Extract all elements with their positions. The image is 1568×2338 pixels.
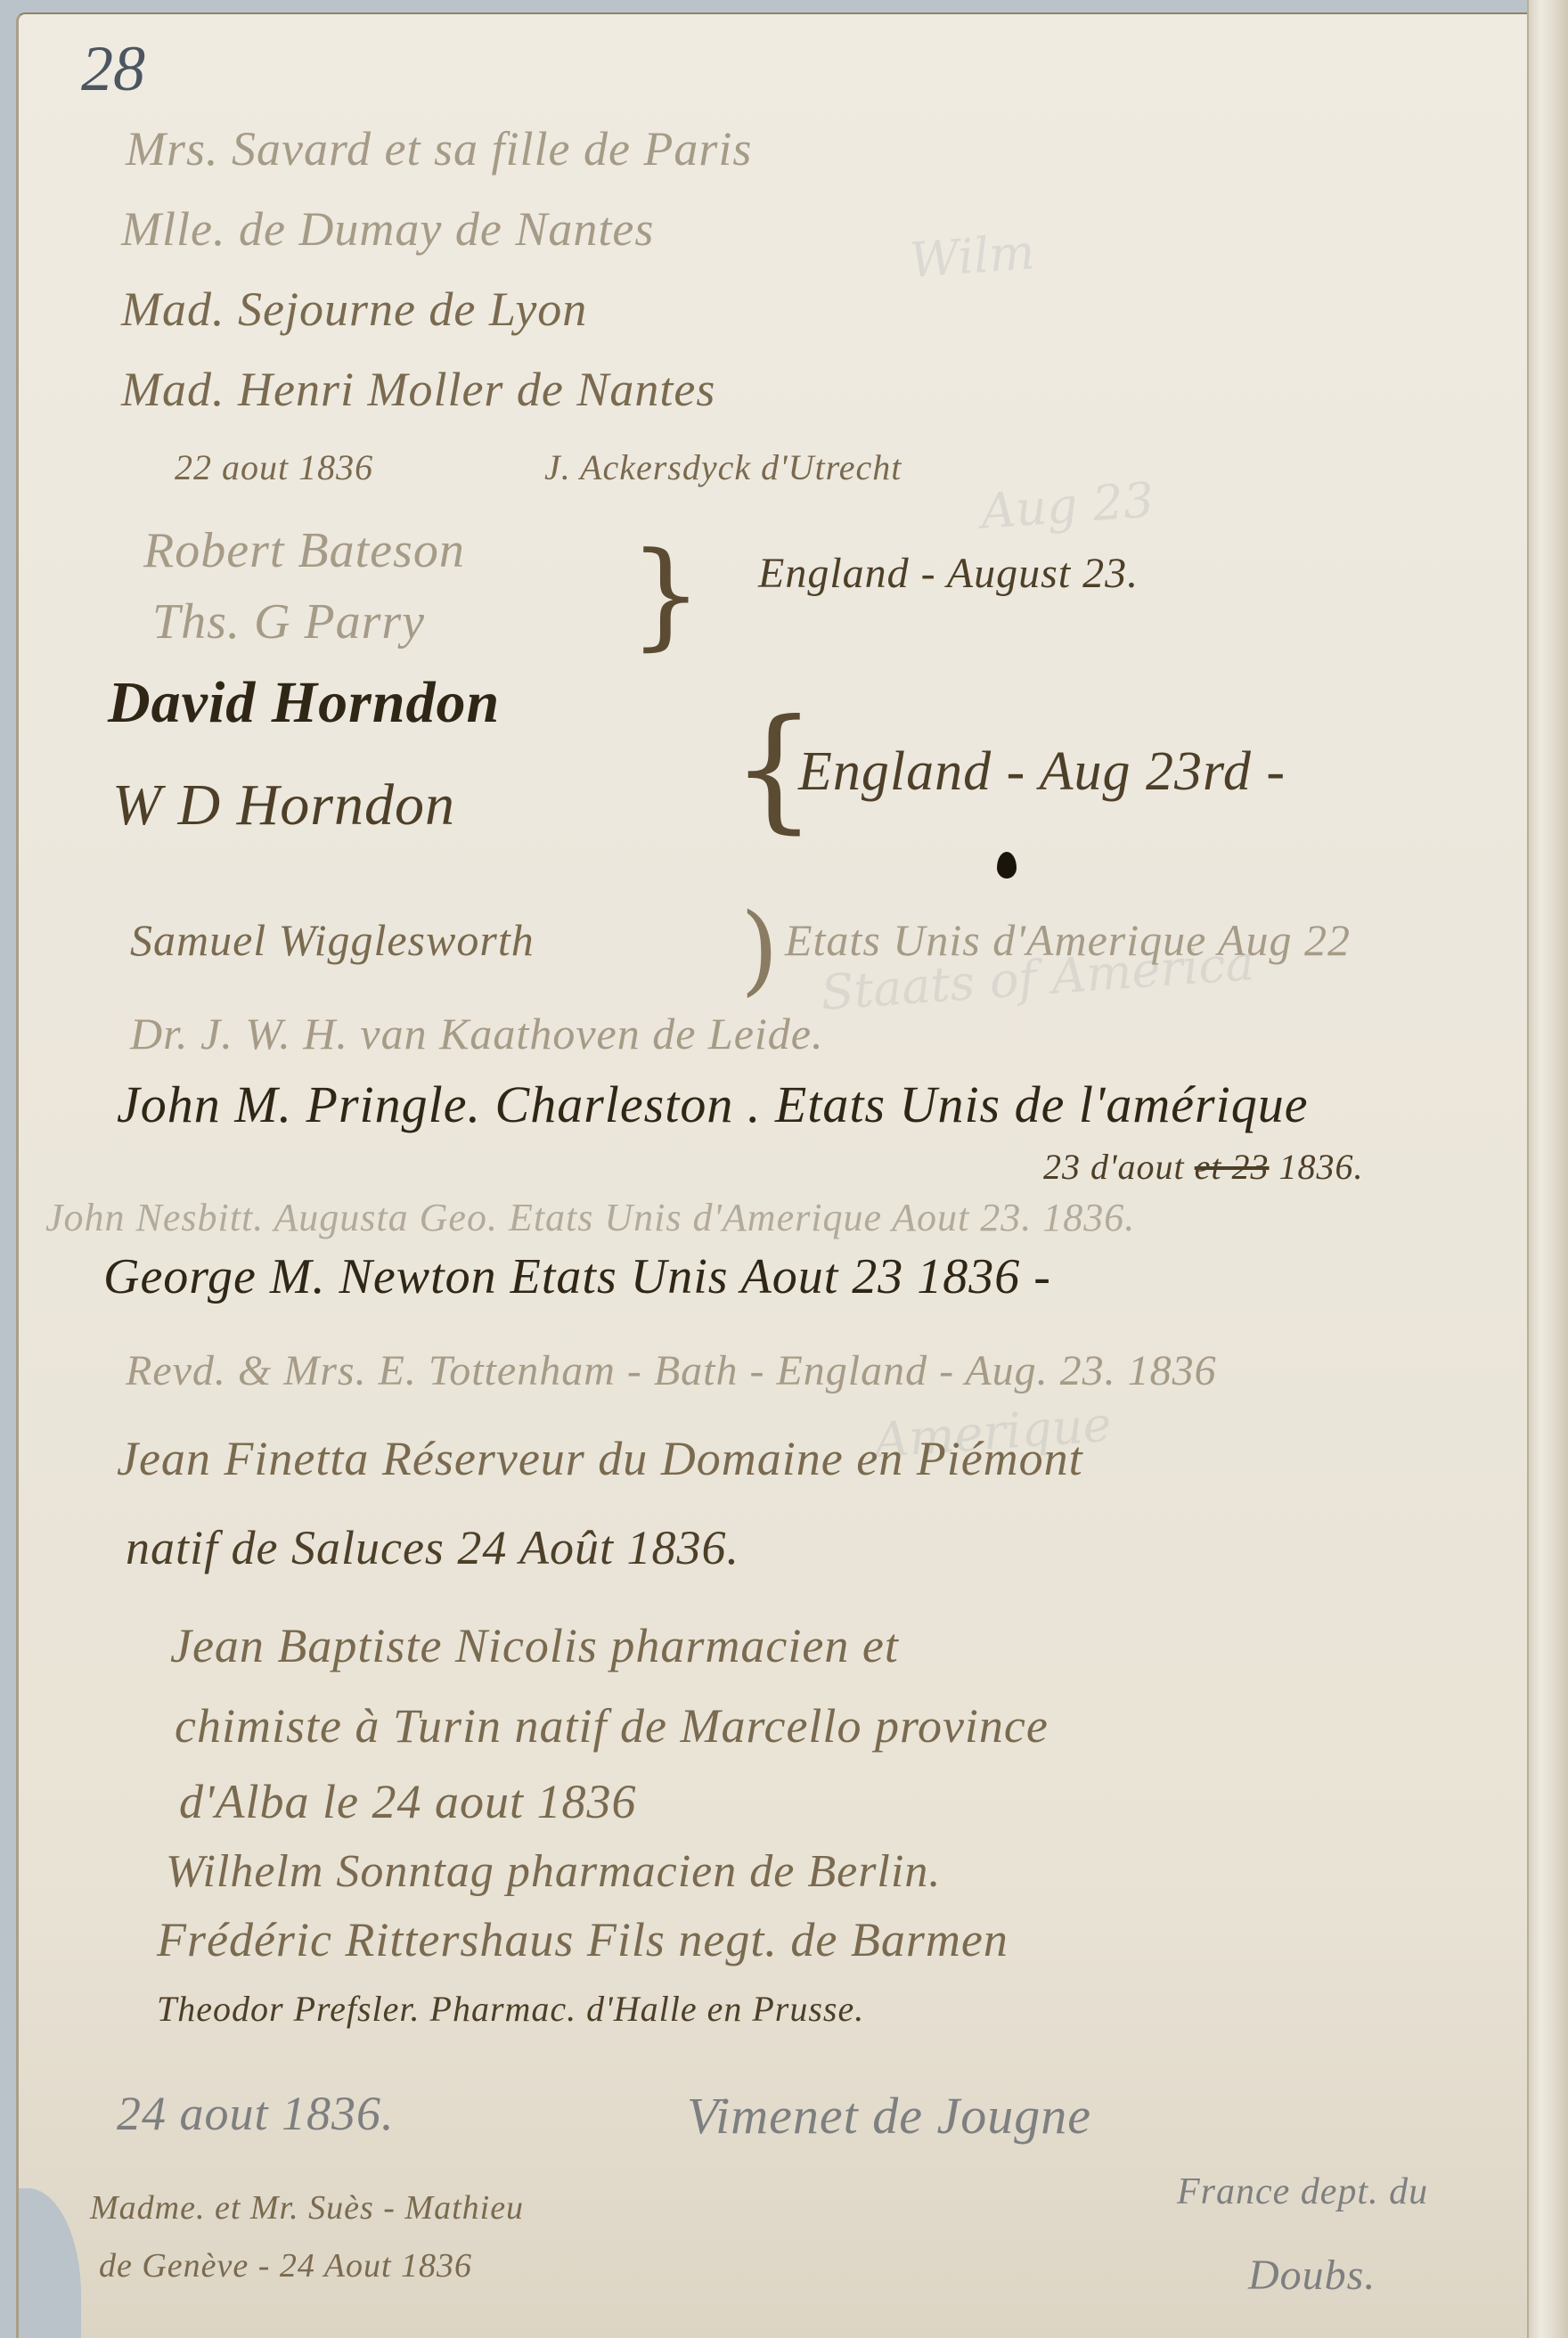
register-entry-name: David Horndon — [108, 669, 500, 737]
register-entry: Mad. Henri Moller de Nantes — [121, 362, 715, 417]
register-entry: Revd. & Mrs. E. Tottenham - Bath - Engla… — [126, 1346, 1217, 1395]
entry-date: 24 aout 1836. — [117, 2086, 395, 2141]
register-entry: John Nesbitt. Augusta Geo. Etats Unis d'… — [45, 1195, 1135, 1240]
grouping-brace: } — [629, 527, 703, 662]
register-entry: Vimenet de Jougne — [687, 2086, 1091, 2146]
grouping-brace: ) — [740, 892, 779, 1006]
entry-place-date: England - August 23. — [758, 549, 1139, 598]
torn-corner — [19, 2188, 81, 2338]
register-entry: Mrs. Savard et sa fille de Paris — [126, 121, 752, 176]
register-entry: John M. Pringle. Charleston . Etats Unis… — [117, 1075, 1308, 1134]
entry-date-day: 23 d'aout — [1043, 1147, 1185, 1187]
register-entry: de Genève - 24 Aout 1836 — [99, 2246, 472, 2285]
register-entry-place: Doubs. — [1248, 2251, 1376, 2300]
register-entry: Mlle. de Dumay de Nantes — [121, 201, 654, 257]
register-entry: George M. Newton Etats Unis Aout 23 1836… — [103, 1248, 1051, 1305]
register-entry: Mad. Sejourne de Lyon — [121, 282, 587, 337]
register-entry: J. Ackersdyck d'Utrecht — [544, 446, 902, 488]
bleed-through-text: Wilm — [908, 224, 1036, 289]
ink-blot — [997, 852, 1017, 879]
struck-text: et 23 — [1195, 1147, 1270, 1187]
register-entry: natif de Saluces 24 Août 1836. — [126, 1520, 739, 1575]
register-entry: chimiste à Turin natif de Marcello provi… — [175, 1698, 1049, 1753]
entry-place-date: England - Aug 23rd - — [798, 740, 1286, 804]
bleed-through-text: Aug 23 — [979, 471, 1156, 539]
register-entry-place: France dept. du — [1177, 2170, 1428, 2213]
entry-place-date: Etats Unis d'Amerique Aug 22 — [785, 914, 1351, 966]
page-number: 28 — [81, 32, 145, 106]
entry-date: 23 d'aout et 23 1836. — [1043, 1146, 1364, 1188]
book-spine-edge — [1527, 0, 1568, 2338]
entry-date-year: 1836. — [1279, 1147, 1364, 1187]
register-entry: Wilhelm Sonntag pharmacien de Berlin. — [166, 1845, 941, 1898]
register-entry: Samuel Wigglesworth — [130, 914, 535, 966]
register-entry-name: Ths. G Parry — [152, 593, 425, 650]
register-entry: Dr. J. W. H. van Kaathoven de Leide. — [130, 1008, 823, 1059]
register-entry: Madme. et Mr. Suès - Mathieu — [90, 2188, 524, 2228]
register-entry: d'Alba le 24 aout 1836 — [179, 1774, 637, 1829]
entry-date: 22 aout 1836 — [175, 446, 373, 488]
register-entry-name: W D Horndon — [112, 772, 455, 839]
register-entry: Jean Baptiste Nicolis pharmacien et — [170, 1618, 899, 1673]
register-entry: Jean Finetta Réserveur du Domaine en Pié… — [117, 1431, 1083, 1486]
register-entry: Frédéric Rittershaus Fils negt. de Barme… — [157, 1912, 1009, 1967]
register-page: 28 Wilm Aug 23 Staats of America Ameriqu… — [16, 12, 1544, 2338]
register-entry: Theodor Prefsler. Pharmac. d'Halle en Pr… — [157, 1988, 864, 2030]
register-entry-name: Robert Bateson — [143, 522, 465, 579]
